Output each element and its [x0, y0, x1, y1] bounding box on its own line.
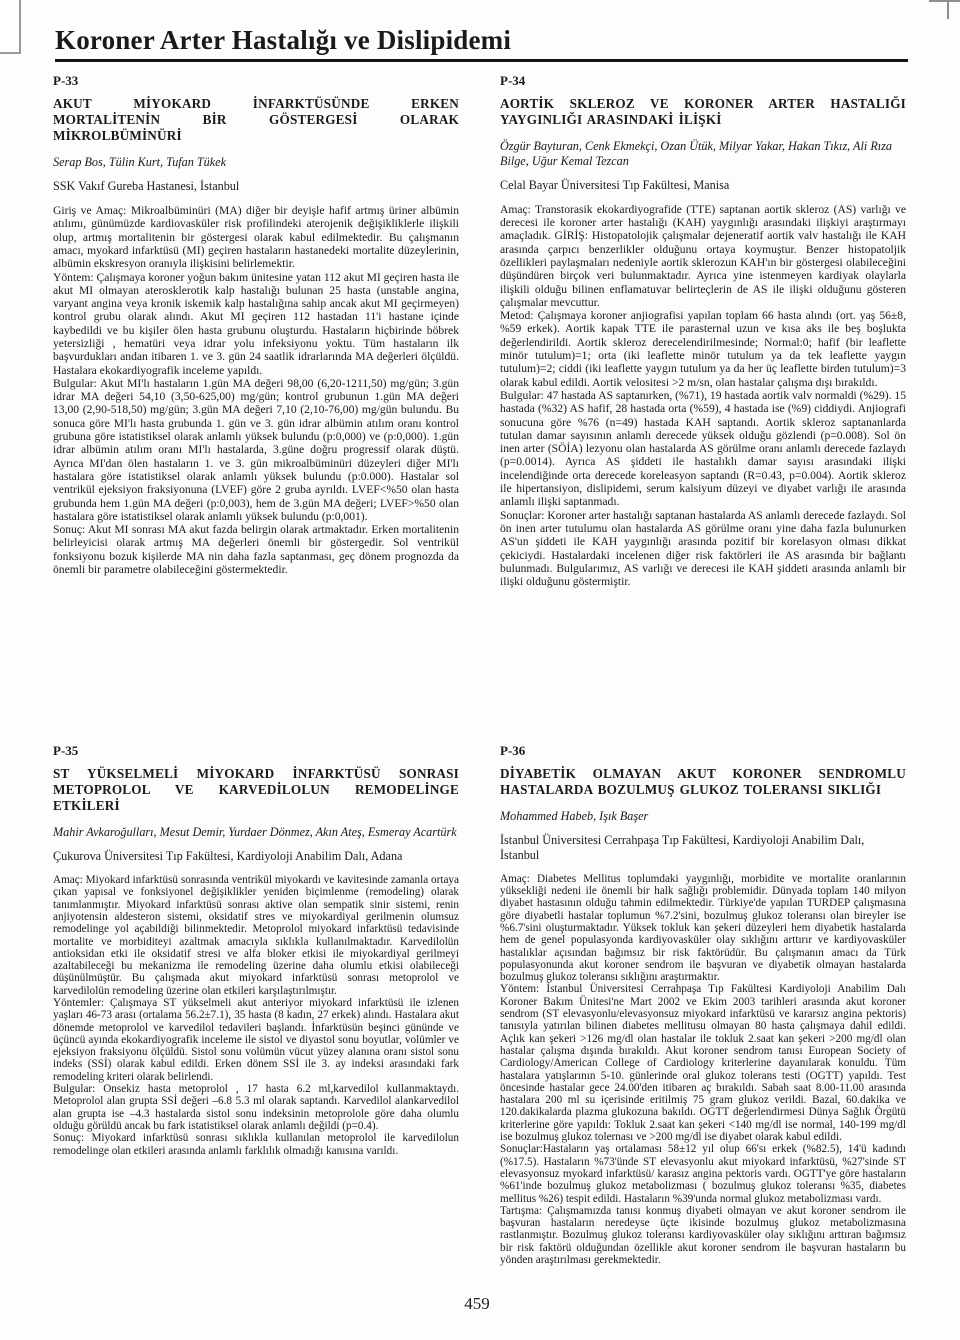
abstract-paragraph: Tartışma: Çalışmamızda tanısı konmuş diy…: [500, 1205, 906, 1266]
abstract-body: Amaç: Diabetes Mellitus toplumdaki yaygı…: [500, 873, 906, 1267]
abstract-authors: Mahir Avkaroğulları, Mesut Demir, Yurdae…: [53, 825, 459, 840]
scan-artifact-top-right-vertical: [947, 0, 949, 19]
abstract-affiliation: SSK Vakıf Gureba Hastanesi, İstanbul: [53, 179, 459, 194]
abstract-id: P-36: [500, 743, 906, 759]
abstract-book-page: Koroner Arter Hastalığı ve Dislipidemi P…: [0, 0, 960, 1340]
abstract-paragraph: Sonuçlar:Hastaların yaş ortalaması 58±12…: [500, 1143, 906, 1204]
abstract-p36: P-36 DİYABETİK OLMAYAN AKUT KORONER SEND…: [500, 743, 906, 1266]
abstract-paragraph: Sonuçlar: Koroner arter hastalığı saptan…: [500, 509, 906, 589]
section-title: Koroner Arter Hastalığı ve Dislipidemi: [55, 25, 908, 56]
abstract-affiliation: Çukurova Üniversitesi Tıp Fakültesi, Kar…: [53, 849, 459, 864]
abstract-paragraph: Metod: Çalışmaya koroner anjiografisi ya…: [500, 309, 906, 389]
abstract-id: P-33: [53, 73, 459, 89]
abstract-paragraph: Amaç: Miyokard infarktüsü sonrasında ven…: [53, 874, 459, 997]
abstract-p33: P-33 AKUT MİYOKARD İNFARKTÜSÜNDE ERKEN M…: [53, 73, 459, 576]
abstract-body: Amaç: Transtorasik ekokardiyografide (TT…: [500, 203, 906, 589]
abstract-body: Giriş ve Amaç: Mikroalbüminüri (MA) diğe…: [53, 204, 459, 576]
abstract-id: P-34: [500, 73, 906, 89]
abstract-paragraph: Yöntemler: Çalışmaya ST yükselmeli akut …: [53, 997, 459, 1083]
abstract-authors: Serap Bos, Tülin Kurt, Tufan Tükek: [53, 155, 459, 170]
abstract-title: DİYABETİK OLMAYAN AKUT KORONER SENDROMLU…: [500, 766, 906, 798]
scan-artifact-top-left: [0, 0, 21, 54]
abstract-paragraph: Bulgular: Akut MI'lı hastaların 1.gün MA…: [53, 377, 459, 523]
abstract-body: Amaç: Miyokard infarktüsü sonrasında ven…: [53, 874, 459, 1157]
abstract-authors: Özgür Bayturan, Cenk Ekmekçi, Ozan Ütük,…: [500, 139, 906, 169]
scan-artifact-top-right-horizontal: [929, 0, 960, 2]
abstract-p34: P-34 AORTİK SKLEROZ VE KORONER ARTER HAS…: [500, 73, 906, 588]
abstract-p35: P-35 ST YÜKSELMELİ MİYOKARD İNFARKTÜSÜ S…: [53, 743, 459, 1157]
abstract-paragraph: Amaç: Diabetes Mellitus toplumdaki yaygı…: [500, 873, 906, 984]
abstract-id: P-35: [53, 743, 459, 759]
abstract-paragraph: Yöntem: İstanbul Üniversitesi Cerrahpaşa…: [500, 983, 906, 1143]
abstract-paragraph: Bulgular: 47 hastada AS saptanırken, (%7…: [500, 389, 906, 509]
abstract-paragraph: Giriş ve Amaç: Mikroalbüminüri (MA) diğe…: [53, 204, 459, 270]
abstract-authors: Mohammed Habeb, Işık Başer: [500, 809, 906, 824]
abstract-title: AKUT MİYOKARD İNFARKTÜSÜNDE ERKEN MORTAL…: [53, 96, 459, 144]
abstract-paragraph: Bulgular: Onsekiz hasta metoprolol , 17 …: [53, 1083, 459, 1132]
abstract-title: ST YÜKSELMELİ MİYOKARD İNFARKTÜSÜ SONRAS…: [53, 766, 459, 814]
abstract-paragraph: Amaç: Transtorasik ekokardiyografide (TT…: [500, 203, 906, 309]
abstract-paragraph: Sonuç: Miyokard infarktüsü sonrası sıklı…: [53, 1132, 459, 1157]
abstract-paragraph: Yöntem: Çalışmaya koroner yoğun bakım ün…: [53, 271, 459, 377]
section-title-rule: [55, 59, 908, 62]
abstract-affiliation: İstanbul Üniversitesi Cerrahpaşa Tıp Fak…: [500, 833, 906, 863]
abstract-paragraph: Sonuç: Akut MI sonrası MA akut fazda bel…: [53, 523, 459, 576]
page-number: 459: [0, 1294, 954, 1314]
abstract-title: AORTİK SKLEROZ VE KORONER ARTER HASTALIĞ…: [500, 96, 906, 128]
abstract-affiliation: Celal Bayar Üniversitesi Tıp Fakültesi, …: [500, 178, 906, 193]
section-header: Koroner Arter Hastalığı ve Dislipidemi: [55, 25, 908, 62]
